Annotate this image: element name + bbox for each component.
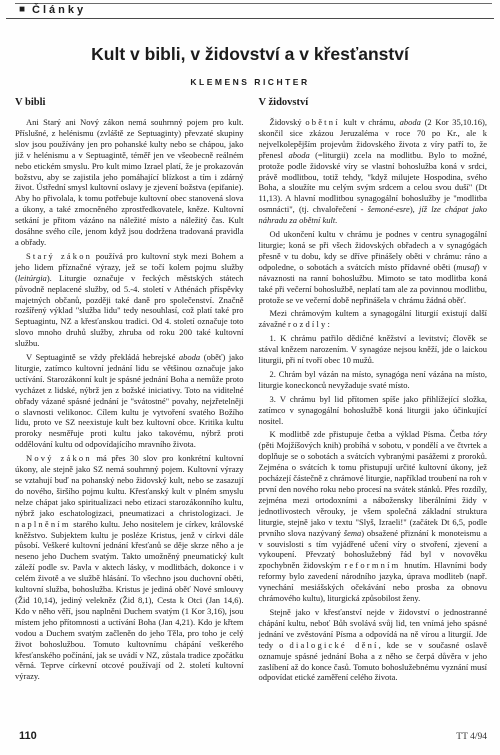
column-heading: V židovství [259, 97, 488, 108]
section-bullet-icon: ■ [19, 4, 25, 15]
column-heading: V bibli [15, 97, 244, 108]
section-header: ■Články [19, 4, 86, 16]
article-page: ■Články Kult v bibli, v židovství a v kř… [0, 0, 500, 755]
article-author: KLEMENS RICHTER [0, 77, 500, 87]
header-top-rule [15, 3, 492, 4]
paragraph: Mezi chrámovým kultem a synagogální litu… [259, 308, 488, 330]
journal-ref: TT 4/94 [456, 732, 487, 742]
article-columns: V bibliAni Starý ani Nový zákon nemá sou… [15, 97, 487, 715]
section-label-text: Články [32, 4, 86, 16]
paragraph: V Septuagintě se vždy překládá hebrejské… [15, 352, 244, 450]
paragraph: Od ukončení kultu v chrámu je podnes v c… [259, 229, 488, 305]
paragraph: 2. Chrám byl vázán na místo, synagóga ne… [259, 369, 488, 391]
paragraph: 1. K chrámu patřilo dědičné kněžství a l… [259, 333, 488, 366]
paragraph: 3. V chrámu byl lid přítomen spíše jako … [259, 394, 488, 427]
paragraph: Stejně jako v křesťanství nejde v židovs… [259, 607, 488, 683]
article-title: Kult v bibli, v židovství a v křesťanstv… [0, 44, 500, 65]
paragraph: Ani Starý ani Nový zákon nemá souhrnný p… [15, 117, 244, 248]
page-footer: 110 TT 4/94 [19, 730, 487, 742]
column-v-bibli: V bibliAni Starý ani Nový zákon nemá sou… [15, 97, 244, 715]
header-bottom-rule [6, 18, 494, 19]
page-number: 110 [19, 730, 37, 742]
paragraph: K modlitbě zde přistupuje četba a výklad… [259, 429, 488, 604]
paragraph: Židovský obětní kult v chrámu, aboda (2 … [259, 117, 488, 226]
paragraph: Nový zákon má přes 30 slov pro konkrétní… [15, 453, 244, 682]
paragraph: Starý zákon používá pro kultovní styk me… [15, 251, 244, 349]
column-v-zidovstvi: V židovstvíŽidovský obětní kult v chrámu… [259, 97, 488, 715]
